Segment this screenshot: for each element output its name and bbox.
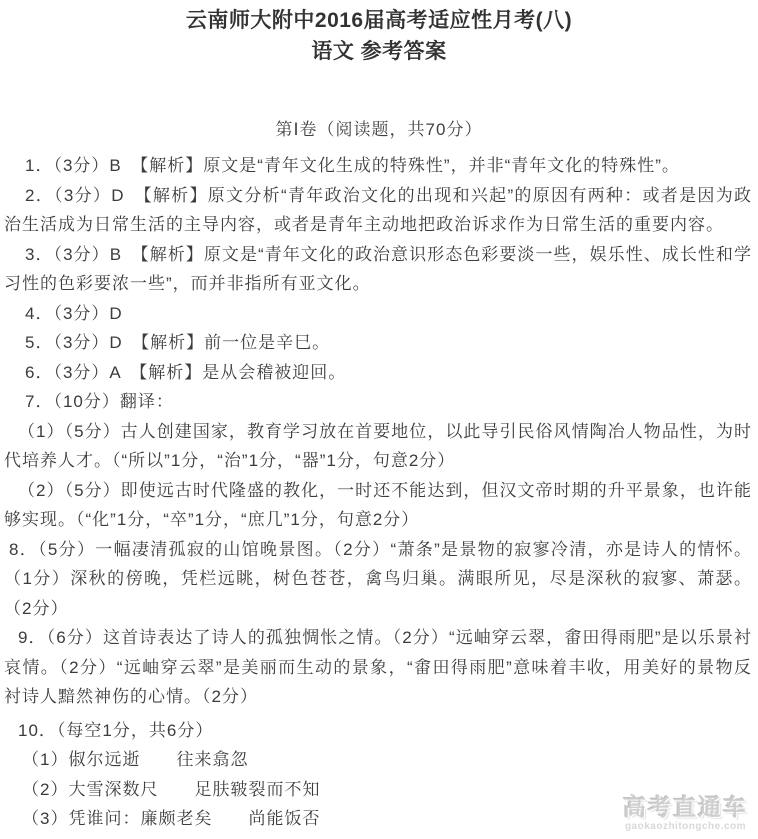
answer-item-7-2: （2）（5分）即使远古时代隆盛的教化，一时还不能达到，但汉文帝时期的升平景象，也… xyxy=(4,476,752,535)
answer-item-6: 6．（3分）A 【解析】是从会稽被迎回。 xyxy=(4,358,752,388)
watermark: 高考直通车 gaokaozhitongche.com xyxy=(623,794,748,833)
document-page: 云南师大附中2016届高考适应性月考(八) 语文 参考答案 第Ⅰ卷（阅读题，共7… xyxy=(0,0,758,839)
answer-item-1: 1．（3分）B 【解析】原文是“青年文化生成的特殊性”，并非“青年文化的特殊性”… xyxy=(4,151,752,181)
page-title: 云南师大附中2016届高考适应性月考(八) 语文 参考答案 xyxy=(0,0,758,67)
section-heading: 第Ⅰ卷（阅读题，共70分） xyxy=(0,117,758,142)
answer-item-10-1: （1）俶尔远逝 往来翕忽 xyxy=(4,745,752,775)
answer-item-8: 8．（5分）一幅凄清孤寂的山馆晚景图。（2分）“萧条”是景物的寂寥冷清，亦是诗人… xyxy=(4,535,752,624)
answer-item-5: 5．（3分）D 【解析】前一位是辛巳。 xyxy=(4,328,752,358)
answer-item-9: 9．（6分）这首诗表达了诗人的孤独惆怅之情。（2分）“远岫穿云翠，畬田得雨肥”是… xyxy=(4,623,752,712)
answer-item-2: 2．（3分）D 【解析】原文分析“青年政治文化的出现和兴起”的原因有两种：或者是… xyxy=(4,181,752,240)
answer-item-10: 10．（每空1分，共6分） xyxy=(4,716,752,746)
title-line-1: 云南师大附中2016届高考适应性月考(八) xyxy=(186,9,572,32)
answers-list: 1．（3分）B 【解析】原文是“青年文化生成的特殊性”，并非“青年文化的特殊性”… xyxy=(0,151,758,834)
watermark-brand-text: 高考直通车 xyxy=(623,794,748,820)
answer-item-4: 4．（3分）D xyxy=(4,299,752,329)
answer-item-7-1: （1）（5分）古人创建国家，教育学习放在首要地位，以此导引民俗风情陶冶人物品性，… xyxy=(4,417,752,476)
watermark-domain-text: gaokaozhitongche.com xyxy=(623,820,748,833)
answer-item-7: 7．（10分）翻译： xyxy=(4,387,752,417)
title-line-2: 语文 参考答案 xyxy=(311,40,446,63)
answer-item-3: 3．（3分）B 【解析】原文是“青年文化的政治意识形态色彩要淡一些，娱乐性、成长… xyxy=(4,240,752,299)
